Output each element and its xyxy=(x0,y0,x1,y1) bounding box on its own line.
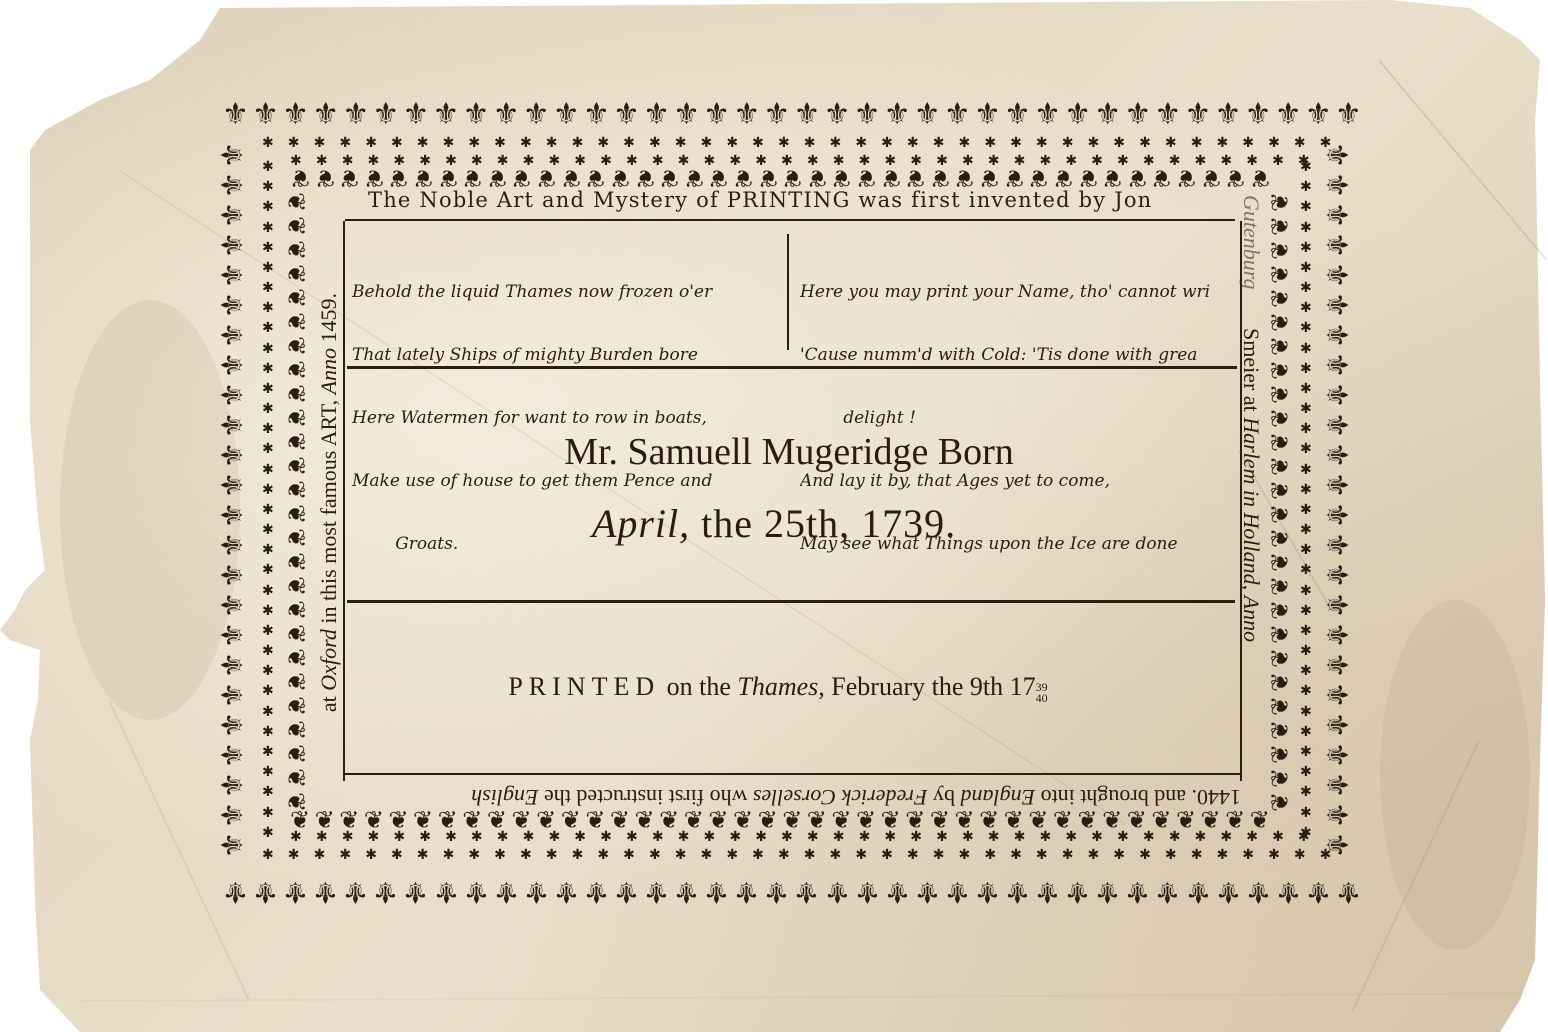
knot-ornament-icon: ❦ xyxy=(1028,166,1048,190)
fleur-de-lis-icon: ⚜ xyxy=(1320,562,1350,589)
fleur-de-lis-icon: ⚜ xyxy=(1094,100,1121,130)
side-left-place: Oxford xyxy=(316,629,341,691)
star-ornament-icon: ✱ xyxy=(1088,136,1100,150)
side-left-anno: Anno xyxy=(316,348,341,394)
verse-left-line: Behold the liquid Thames now frozen o'er xyxy=(352,282,712,303)
star-ornament-icon: ✱ xyxy=(1062,848,1074,862)
fleur-de-lis-icon: ⚜ xyxy=(1320,472,1350,499)
star-ornament-icon: ✱ xyxy=(907,136,919,150)
star-ornament-icon: ✱ xyxy=(262,241,274,255)
knot-ornament-icon: ❦ xyxy=(284,360,308,380)
star-ornament-icon: ✱ xyxy=(1300,745,1312,759)
fleur-de-lis-icon: ⚜ xyxy=(493,100,520,130)
star-ornament-icon: ✱ xyxy=(1300,483,1312,497)
knot-ornament-icon: ❦ xyxy=(284,288,308,308)
fleur-de-lis-icon: ⚜ xyxy=(372,100,399,130)
knot-ornament-icon: ❦ xyxy=(856,166,876,190)
knot-ornament-icon: ❦ xyxy=(284,384,308,404)
side-bottom-post: who first instructed the xyxy=(544,785,747,810)
star-ornament-icon: ✱ xyxy=(881,136,893,150)
fleur-de-lis-icon: ⚜ xyxy=(222,876,249,906)
star-ornament-icon: ✱ xyxy=(1242,136,1254,150)
knot-ornament-icon: ❦ xyxy=(1268,720,1292,740)
star-ornament-icon: ✱ xyxy=(1010,136,1022,150)
fleur-de-lis-icon: ⚜ xyxy=(1064,876,1091,906)
star-ornament-icon: ✱ xyxy=(262,765,274,779)
star-ornament-icon: ✱ xyxy=(1139,848,1151,862)
fleur-de-lis-icon: ⚜ xyxy=(884,876,911,906)
star-ornament-icon: ✱ xyxy=(262,624,274,638)
knot-ornament-icon: ❦ xyxy=(284,264,308,284)
knot-ornament-icon: ❦ xyxy=(881,166,901,190)
fleur-de-lis-icon: ⚜ xyxy=(463,876,490,906)
fleur-de-lis-icon: ⚜ xyxy=(1275,100,1302,130)
star-ornament-icon: ✱ xyxy=(314,136,326,150)
star-ornament-icon: ✱ xyxy=(262,261,274,275)
fleur-de-lis-icon: ⚜ xyxy=(402,876,429,906)
star-ornament-icon: ✱ xyxy=(262,402,274,416)
star-ornament-icon: ✱ xyxy=(262,584,274,598)
fleur-de-lis-icon: ⚜ xyxy=(974,100,1001,130)
fleur-de-lis-icon: ⚜ xyxy=(643,100,670,130)
star-ornament-icon: ✱ xyxy=(1300,281,1312,295)
knot-ornament-icon: ❦ xyxy=(905,166,925,190)
fleur-de-lis-icon: ⚜ xyxy=(282,876,309,906)
side-right-anno: Anno xyxy=(1239,596,1264,642)
star-ornament-icon: ✱ xyxy=(855,848,867,862)
fleur-de-lis-icon: ⚜ xyxy=(1004,100,1031,130)
star-ornament-icon: ✱ xyxy=(984,136,996,150)
star-ornament-icon: ✱ xyxy=(572,136,584,150)
star-ornament-icon: ✱ xyxy=(855,136,867,150)
star-ornament-icon: ✱ xyxy=(984,848,996,862)
star-ornament-icon: ✱ xyxy=(339,848,351,862)
fleur-de-lis-icon: ⚜ xyxy=(252,100,279,130)
fleur-de-lis-icon: ⚜ xyxy=(1094,876,1121,906)
fleur-de-lis-icon: ⚜ xyxy=(854,876,881,906)
fleur-de-lis-icon: ⚜ xyxy=(312,100,339,130)
fleur-de-lis-icon: ⚜ xyxy=(1320,622,1350,649)
star-ornament-icon: ✱ xyxy=(830,848,842,862)
knot-ornament-icon: ❦ xyxy=(733,166,753,190)
fleur-de-lis-icon: ⚜ xyxy=(974,876,1001,906)
knot-ornament-icon: ❦ xyxy=(610,166,630,190)
knot-ornament-icon: ❦ xyxy=(284,240,308,260)
fleur-de-lis-icon: ⚜ xyxy=(703,876,730,906)
verse-right-line: 'Cause numm'd with Cold: 'Tis done with … xyxy=(800,345,1230,366)
fleur-de-lis-icon: ⚜ xyxy=(793,876,820,906)
star-ornament-icon: ✱ xyxy=(546,848,558,862)
knot-ornament-icon: ❦ xyxy=(290,166,310,190)
fleur-de-lis-icon: ⚜ xyxy=(218,232,248,259)
fleur-de-lis-icon: ⚜ xyxy=(583,876,610,906)
fleur-de-lis-icon: ⚜ xyxy=(854,100,881,130)
fleur-de-lis-icon: ⚜ xyxy=(1034,876,1061,906)
star-ornament-icon: ✱ xyxy=(1216,848,1228,862)
star-ornament-icon: ✱ xyxy=(468,136,480,150)
star-ornament-icon: ✱ xyxy=(417,136,429,150)
fleur-de-lis-icon: ⚜ xyxy=(1320,772,1350,799)
star-ornament-icon: ✱ xyxy=(262,342,274,356)
knot-ornament-icon: ❦ xyxy=(284,192,308,212)
star-ornament-icon: ✱ xyxy=(288,136,300,150)
fleur-de-lis-icon: ⚜ xyxy=(218,772,248,799)
knot-ornament-icon: ❦ xyxy=(1268,768,1292,788)
star-ornament-icon: ✱ xyxy=(675,848,687,862)
star-ornament-icon: ✱ xyxy=(1272,830,1284,844)
printed-date: February the 9th 17 xyxy=(831,672,1035,701)
knot-ornament-icon: ❦ xyxy=(284,600,308,620)
star-ornament-icon: ✱ xyxy=(830,136,842,150)
star-ornament-icon: ✱ xyxy=(1300,221,1312,235)
side-bottom-country: England xyxy=(961,785,1036,810)
fleur-de-lis-icon: ⚜ xyxy=(553,876,580,906)
fleur-de-lis-icon: ⚜ xyxy=(433,876,460,906)
fleur-de-lis-icon: ⚜ xyxy=(944,876,971,906)
knot-ornament-icon: ❦ xyxy=(284,792,308,812)
knot-ornament-icon: ❦ xyxy=(1004,166,1024,190)
fleur-de-lis-icon: ⚜ xyxy=(1215,100,1242,130)
fleur-de-lis-icon: ⚜ xyxy=(493,876,520,906)
knot-ornament-icon: ❦ xyxy=(511,166,531,190)
rule-top xyxy=(345,219,1235,221)
knot-ornament-icon: ❦ xyxy=(1268,408,1292,428)
star-ornament-icon: ✱ xyxy=(288,848,300,862)
star-ornament-icon: ✱ xyxy=(262,745,274,759)
printed-year-fraction: 3940 xyxy=(1036,682,1048,704)
fleur-de-lis-icon: ⚜ xyxy=(218,352,248,379)
side-text-left: at Oxford in this most famous ART, Anno … xyxy=(312,215,346,790)
fleur-de-lis-icon: ⚜ xyxy=(342,100,369,130)
star-ornament-icon: ✱ xyxy=(726,136,738,150)
knot-ornament-icon: ❦ xyxy=(487,166,507,190)
star-ornament-icon: ✱ xyxy=(1300,826,1312,840)
knot-ornament-icon: ❦ xyxy=(536,166,556,190)
knot-ornament-icon: ❦ xyxy=(284,336,308,356)
knot-ornament-icon: ❦ xyxy=(284,744,308,764)
fleur-de-lis-icon: ⚜ xyxy=(218,292,248,319)
knot-ornament-icon: ❦ xyxy=(284,408,308,428)
knot-ornament-icon: ❦ xyxy=(1268,240,1292,260)
star-ornament-icon: ✱ xyxy=(1139,136,1151,150)
star-ornament-icon: ✱ xyxy=(1088,848,1100,862)
fleur-de-lis-icon: ⚜ xyxy=(1320,172,1350,199)
star-ornament-icon: ✱ xyxy=(1216,136,1228,150)
fleur-de-lis-icon: ⚜ xyxy=(1320,202,1350,229)
star-ornament-icon: ✱ xyxy=(1300,644,1312,658)
knot-ornament-icon: ❦ xyxy=(1268,216,1292,236)
star-ornament-icon: ✱ xyxy=(262,136,274,150)
knot-ornament-icon: ❦ xyxy=(1268,336,1292,356)
header-printing-text: The Noble Art and Mystery of PRINTING wa… xyxy=(368,188,1238,212)
fleur-de-lis-icon: ⚜ xyxy=(1004,876,1031,906)
knot-ornament-icon: ❦ xyxy=(1078,166,1098,190)
star-ornament-icon: ✱ xyxy=(520,848,532,862)
star-ornament-icon: ✱ xyxy=(1300,321,1312,335)
knot-ornament-icon: ❦ xyxy=(1268,576,1292,596)
star-ornament-icon: ✱ xyxy=(933,848,945,862)
knot-ornament-icon: ❦ xyxy=(1268,192,1292,212)
knot-ornament-icon: ❦ xyxy=(284,576,308,596)
border-bottom-stars: ✱✱✱✱✱✱✱✱✱✱✱✱✱✱✱✱✱✱✱✱✱✱✱✱✱✱✱✱✱✱✱✱✱✱✱✱✱✱✱✱… xyxy=(262,848,1332,862)
fleur-de-lis-icon: ⚜ xyxy=(914,100,941,130)
printed-mid: on the xyxy=(667,672,731,701)
star-ornament-icon: ✱ xyxy=(494,848,506,862)
fleur-de-lis-icon: ⚜ xyxy=(1124,876,1151,906)
star-ornament-icon: ✱ xyxy=(391,136,403,150)
knot-ornament-icon: ❦ xyxy=(684,166,704,190)
star-ornament-icon: ✱ xyxy=(649,136,661,150)
printed-place: Thames, xyxy=(737,672,824,701)
star-ornament-icon: ✱ xyxy=(1191,848,1203,862)
fleur-de-lis-icon: ⚜ xyxy=(218,712,248,739)
knot-ornament-icon: ❦ xyxy=(1268,744,1292,764)
knot-ornament-icon: ❦ xyxy=(1176,166,1196,190)
star-ornament-icon: ✱ xyxy=(262,644,274,658)
fleur-de-lis-icon: ⚜ xyxy=(218,472,248,499)
star-ornament-icon: ✱ xyxy=(262,483,274,497)
knot-ornament-icon: ❦ xyxy=(284,720,308,740)
fleur-de-lis-icon: ⚜ xyxy=(218,262,248,289)
knot-ornament-icon: ❦ xyxy=(413,166,433,190)
side-right-mid: Smeier at xyxy=(1239,328,1264,412)
side-bottom-pre: 1440. and brought into xyxy=(1041,785,1241,810)
fleur-de-lis-icon: ⚜ xyxy=(372,876,399,906)
knot-ornament-icon: ❦ xyxy=(1268,312,1292,332)
side-left-year: 1459. xyxy=(316,293,341,343)
side-bottom-person: Frederick Corselles xyxy=(753,785,928,810)
star-ornament-icon: ✱ xyxy=(262,806,274,820)
fleur-de-lis-icon: ⚜ xyxy=(463,100,490,130)
star-ornament-icon: ✱ xyxy=(1300,563,1312,577)
star-ornament-icon: ✱ xyxy=(623,136,635,150)
star-ornament-icon: ✱ xyxy=(1300,584,1312,598)
fleur-de-lis-icon: ⚜ xyxy=(824,876,851,906)
star-ornament-icon: ✱ xyxy=(262,200,274,214)
knot-ornament-icon: ❦ xyxy=(284,648,308,668)
star-ornament-icon: ✱ xyxy=(262,848,274,862)
star-ornament-icon: ✱ xyxy=(778,136,790,150)
fleur-de-lis-icon: ⚜ xyxy=(1320,592,1350,619)
star-ornament-icon: ✱ xyxy=(494,136,506,150)
fleur-de-lis-icon: ⚜ xyxy=(1335,100,1362,130)
star-ornament-icon: ✱ xyxy=(1242,848,1254,862)
birth-date: April, the 25th, 1739. xyxy=(0,500,1548,547)
fleur-de-lis-icon: ⚜ xyxy=(824,100,851,130)
verse-left-line: That lately Ships of mighty Burden bore xyxy=(352,345,712,366)
fleur-de-lis-icon: ⚜ xyxy=(944,100,971,130)
star-ornament-icon: ✱ xyxy=(1300,402,1312,416)
fleur-de-lis-icon: ⚜ xyxy=(282,100,309,130)
star-ornament-icon: ✱ xyxy=(443,848,455,862)
knot-ornament-icon: ❦ xyxy=(284,768,308,788)
star-ornament-icon: ✱ xyxy=(1300,261,1312,275)
side-text-bottom: 1440. and brought into England by Freder… xyxy=(316,780,1241,814)
star-ornament-icon: ✱ xyxy=(365,136,377,150)
printed-caps: PRINTED xyxy=(508,672,660,701)
fleur-de-lis-icon: ⚜ xyxy=(1320,292,1350,319)
fleur-de-lis-icon: ⚜ xyxy=(643,876,670,906)
knot-ornament-icon: ❦ xyxy=(1201,166,1221,190)
knot-ornament-icon: ❦ xyxy=(1053,166,1073,190)
star-ornament-icon: ✱ xyxy=(262,301,274,315)
star-ornament-icon: ✱ xyxy=(391,848,403,862)
star-ornament-icon: ✱ xyxy=(1300,362,1312,376)
star-ornament-icon: ✱ xyxy=(804,848,816,862)
knot-ornament-icon: ❦ xyxy=(1151,166,1171,190)
star-ornament-icon: ✱ xyxy=(262,826,274,840)
fleur-de-lis-icon: ⚜ xyxy=(793,100,820,130)
verse-right-line: delight ! xyxy=(800,408,1230,429)
side-bottom-end: English xyxy=(471,785,538,810)
verse-right-line: And lay it by, that Ages yet to come, xyxy=(800,471,1230,492)
fleur-de-lis-icon: ⚜ xyxy=(312,876,339,906)
fleur-de-lis-icon: ⚜ xyxy=(613,876,640,906)
star-ornament-icon: ✱ xyxy=(1300,301,1312,315)
fleur-de-lis-icon: ⚜ xyxy=(914,876,941,906)
fleur-de-lis-icon: ⚜ xyxy=(1320,382,1350,409)
side-left-mid: in this most famous ART, xyxy=(316,400,341,624)
fleur-de-lis-icon: ⚜ xyxy=(218,562,248,589)
star-ornament-icon: ✱ xyxy=(778,848,790,862)
fleur-de-lis-icon: ⚜ xyxy=(733,100,760,130)
knot-ornament-icon: ❦ xyxy=(930,166,950,190)
star-ornament-icon: ✱ xyxy=(1300,382,1312,396)
star-ornament-icon: ✱ xyxy=(597,848,609,862)
fleur-de-lis-icon: ⚜ xyxy=(1320,142,1350,169)
rule-bottom xyxy=(345,773,1242,775)
fleur-de-lis-icon: ⚜ xyxy=(1154,876,1181,906)
knot-ornament-icon: ❦ xyxy=(1250,166,1270,190)
star-ornament-icon: ✱ xyxy=(262,321,274,335)
star-ornament-icon: ✱ xyxy=(649,848,661,862)
knot-ornament-icon: ❦ xyxy=(979,166,999,190)
fleur-de-lis-icon: ⚜ xyxy=(523,100,550,130)
border-bottom-fleurs: ⚜⚜⚜⚜⚜⚜⚜⚜⚜⚜⚜⚜⚜⚜⚜⚜⚜⚜⚜⚜⚜⚜⚜⚜⚜⚜⚜⚜⚜⚜⚜⚜⚜⚜⚜⚜⚜⚜ xyxy=(222,876,1362,906)
fleur-de-lis-icon: ⚜ xyxy=(553,100,580,130)
star-ornament-icon: ✱ xyxy=(572,848,584,862)
knot-ornament-icon: ❦ xyxy=(708,166,728,190)
star-ornament-icon: ✱ xyxy=(520,136,532,150)
star-ornament-icon: ✱ xyxy=(1300,785,1312,799)
star-ornament-icon: ✱ xyxy=(1300,342,1312,356)
star-ornament-icon: ✱ xyxy=(597,136,609,150)
star-ornament-icon: ✱ xyxy=(262,785,274,799)
star-ornament-icon: ✱ xyxy=(262,160,274,174)
knot-ornament-icon: ❦ xyxy=(364,166,384,190)
fleur-de-lis-icon: ⚜ xyxy=(1275,876,1302,906)
fleur-de-lis-icon: ⚜ xyxy=(218,622,248,649)
rule-verse-divider xyxy=(787,234,789,350)
star-ornament-icon: ✱ xyxy=(701,848,713,862)
star-ornament-icon: ✱ xyxy=(675,136,687,150)
fleur-de-lis-icon: ⚜ xyxy=(1064,100,1091,130)
knot-ornament-icon: ❦ xyxy=(284,312,308,332)
star-ornament-icon: ✱ xyxy=(1036,136,1048,150)
fleur-de-lis-icon: ⚜ xyxy=(1305,100,1332,130)
star-ornament-icon: ✱ xyxy=(1165,136,1177,150)
fleur-de-lis-icon: ⚜ xyxy=(218,202,248,229)
knot-ornament-icon: ❦ xyxy=(1102,166,1122,190)
star-ornament-icon: ✱ xyxy=(1300,705,1312,719)
fleur-de-lis-icon: ⚜ xyxy=(733,876,760,906)
knot-ornament-icon: ❦ xyxy=(561,166,581,190)
border-top-knots: ❦❦❦❦❦❦❦❦❦❦❦❦❦❦❦❦❦❦❦❦❦❦❦❦❦❦❦❦❦❦❦❦❦❦❦❦❦❦❦❦ xyxy=(290,166,1270,190)
star-ornament-icon: ✱ xyxy=(1300,765,1312,779)
star-ornament-icon: ✱ xyxy=(339,136,351,150)
knot-ornament-icon: ❦ xyxy=(758,166,778,190)
knot-ornament-icon: ❦ xyxy=(635,166,655,190)
fleur-de-lis-icon: ⚜ xyxy=(1245,876,1272,906)
star-ornament-icon: ✱ xyxy=(1300,624,1312,638)
knot-ornament-icon: ❦ xyxy=(1268,384,1292,404)
knot-ornament-icon: ❦ xyxy=(831,166,851,190)
star-ornament-icon: ✱ xyxy=(726,848,738,862)
star-ornament-icon: ✱ xyxy=(262,725,274,739)
knot-ornament-icon: ❦ xyxy=(284,216,308,236)
verse-right-line: Here you may print your Name, tho' canno… xyxy=(800,282,1230,303)
star-ornament-icon: ✱ xyxy=(262,281,274,295)
star-ornament-icon: ✱ xyxy=(1294,848,1306,862)
knot-ornament-icon: ❦ xyxy=(1268,648,1292,668)
fleur-de-lis-icon: ⚜ xyxy=(1185,876,1212,906)
star-ornament-icon: ✱ xyxy=(262,221,274,235)
star-ornament-icon: ✱ xyxy=(468,848,480,862)
star-ornament-icon: ✱ xyxy=(262,604,274,618)
fleur-de-lis-icon: ⚜ xyxy=(1185,100,1212,130)
knot-ornament-icon: ❦ xyxy=(284,624,308,644)
star-ornament-icon: ✱ xyxy=(1268,136,1280,150)
fleur-de-lis-icon: ⚜ xyxy=(218,742,248,769)
star-ornament-icon: ✱ xyxy=(546,136,558,150)
star-ornament-icon: ✱ xyxy=(1294,136,1306,150)
knot-ornament-icon: ❦ xyxy=(1268,360,1292,380)
fleur-de-lis-icon: ⚜ xyxy=(218,592,248,619)
star-ornament-icon: ✱ xyxy=(881,848,893,862)
star-ornament-icon: ✱ xyxy=(1191,136,1203,150)
knot-ornament-icon: ❦ xyxy=(585,166,605,190)
knot-ornament-icon: ❦ xyxy=(1268,264,1292,284)
side-bottom-mid: by xyxy=(933,785,955,810)
fleur-de-lis-icon: ⚜ xyxy=(1320,232,1350,259)
knot-ornament-icon: ❦ xyxy=(284,480,308,500)
stain xyxy=(1380,600,1530,950)
knot-ornament-icon: ❦ xyxy=(1268,552,1292,572)
knot-ornament-icon: ❦ xyxy=(1268,624,1292,644)
fleur-de-lis-icon: ⚜ xyxy=(218,832,248,859)
fleur-de-lis-icon: ⚜ xyxy=(252,876,279,906)
star-ornament-icon: ✱ xyxy=(804,136,816,150)
fleur-de-lis-icon: ⚜ xyxy=(1320,802,1350,829)
rule-under-title xyxy=(347,600,1235,603)
fleur-de-lis-icon: ⚜ xyxy=(673,876,700,906)
fleur-de-lis-icon: ⚜ xyxy=(1335,876,1362,906)
star-ornament-icon: ✱ xyxy=(1113,136,1125,150)
star-ornament-icon: ✱ xyxy=(417,848,429,862)
knot-ornament-icon: ❦ xyxy=(339,166,359,190)
star-ornament-icon: ✱ xyxy=(262,180,274,194)
star-ornament-icon: ✱ xyxy=(314,848,326,862)
star-ornament-icon: ✱ xyxy=(262,563,274,577)
star-ornament-icon: ✱ xyxy=(1300,725,1312,739)
fleur-de-lis-icon: ⚜ xyxy=(402,100,429,130)
knot-ornament-icon: ❦ xyxy=(1268,480,1292,500)
star-ornament-icon: ✱ xyxy=(262,382,274,396)
fleur-de-lis-icon: ⚜ xyxy=(673,100,700,130)
star-ornament-icon: ✱ xyxy=(443,136,455,150)
fleur-de-lis-icon: ⚜ xyxy=(218,802,248,829)
star-ornament-icon: ✱ xyxy=(752,136,764,150)
